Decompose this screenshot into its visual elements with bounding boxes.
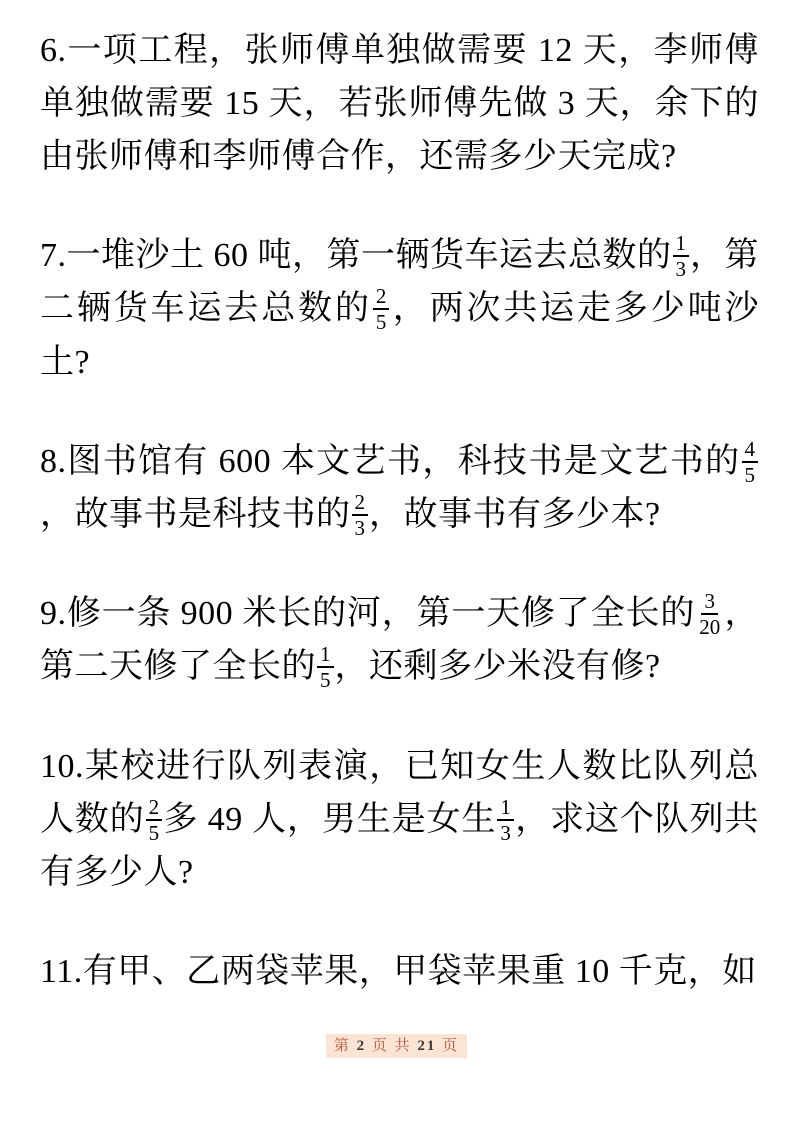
fraction-3-20: 320 — [696, 590, 723, 638]
page-footer: 第 2 页 共 21 页 — [0, 1034, 793, 1058]
problem-11: 11.有甲、乙两袋苹果，甲袋苹果重 10 千克，如 — [40, 945, 759, 998]
problem-9: 9.修一条 900 米长的河，第一天修了全长的320，第二天修了全长的15，还剩… — [40, 587, 759, 694]
fraction-2-5: 25 — [373, 285, 390, 333]
page-label-text: 第 — [334, 1038, 357, 1054]
problem-7: 7.一堆沙土 60 吨，第一辆货车运去总数的13，第二辆货车运去总数的25，两次… — [40, 229, 759, 389]
document-page: 6.一项工程，张师傅单独做需要 12 天，李师傅单独做需要 15 天，若张师傅先… — [0, 0, 793, 1122]
page-number: 2 — [357, 1038, 367, 1054]
fraction-2-3: 23 — [352, 491, 369, 539]
fraction-4-5: 45 — [742, 438, 759, 486]
problem-10: 10.某校进行队列表演，已知女生人数比队列总人数的25多 49 人，男生是女生1… — [40, 740, 759, 899]
problem-8: 8.图书馆有 600 本文艺书，科技书是文艺书的45，故事书是科技书的23，故事… — [40, 435, 759, 542]
fraction-1-3: 13 — [673, 232, 690, 280]
page-label-text: 页 共 — [366, 1038, 417, 1054]
page-label-text: 页 — [436, 1038, 459, 1054]
page-footer-label: 第 2 页 共 21 页 — [326, 1034, 467, 1058]
fraction-2-5: 25 — [146, 796, 163, 844]
fraction-1-5: 15 — [317, 643, 334, 691]
fraction-1-3: 13 — [497, 796, 514, 844]
problem-list: 6.一项工程，张师傅单独做需要 12 天，李师傅单独做需要 15 天，若张师傅先… — [0, 0, 793, 998]
page-number: 21 — [417, 1038, 436, 1054]
problem-6: 6.一项工程，张师傅单独做需要 12 天，李师傅单独做需要 15 天，若张师傅先… — [40, 24, 759, 183]
